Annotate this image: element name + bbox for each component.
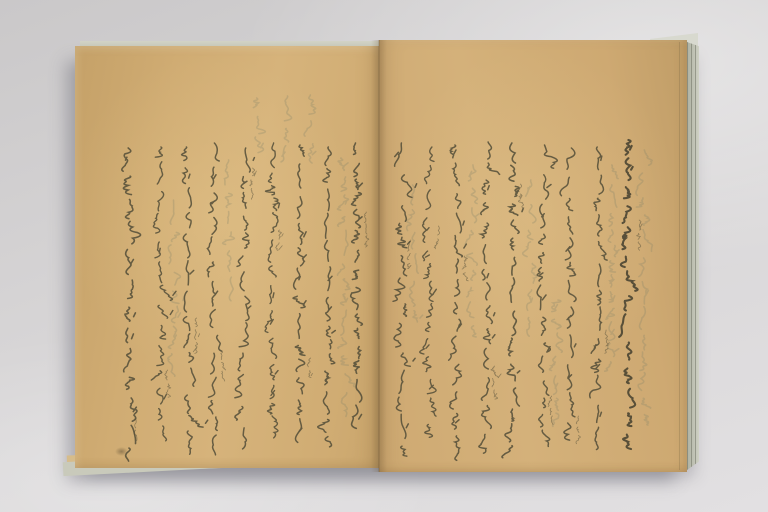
page-stack-fore-edge xyxy=(687,42,699,470)
left-page xyxy=(75,46,379,468)
right-page xyxy=(379,40,687,472)
right-page-sheet-edge xyxy=(679,42,680,470)
paper-blemish xyxy=(115,447,128,456)
photo-background xyxy=(0,0,768,512)
gutter-fold xyxy=(371,40,387,472)
